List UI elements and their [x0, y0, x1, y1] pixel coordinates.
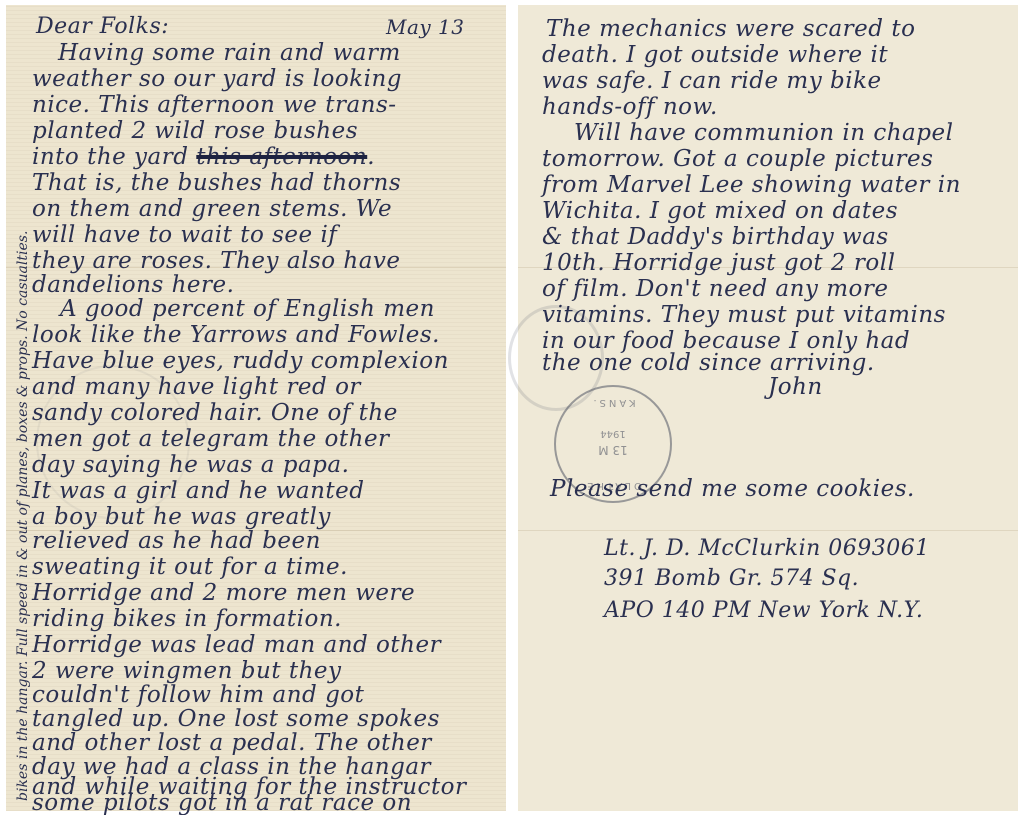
- signature: John: [768, 373, 823, 401]
- struck-out-text: this afternoon: [196, 144, 367, 170]
- salutation: Dear Folks:: [36, 13, 169, 41]
- letter-line: the one cold since arriving.: [542, 349, 875, 377]
- address-line: 391 Bomb Gr. 574 Sq.: [604, 565, 859, 593]
- letter-line: riding bikes in formation.: [32, 605, 342, 633]
- letter-line: That is, the bushes had thorns: [32, 169, 401, 197]
- letter-line: will have to wait to see if: [32, 221, 337, 249]
- fold-line: [518, 530, 1018, 531]
- letter-line: vitamins. They must put vitamins: [542, 301, 946, 329]
- address-line: Lt. J. D. McClurkin 0693061: [604, 535, 930, 563]
- address-line: APO 140 PM New York N.Y.: [604, 597, 923, 625]
- letter-line: death. I got outside where it: [542, 41, 888, 69]
- letter-line: Having some rain and warm: [58, 39, 401, 67]
- postmark-year: 1944: [556, 428, 670, 439]
- letter-line: Have blue eyes, ruddy complexion: [32, 347, 449, 375]
- letter-line: planted 2 wild rose bushes: [32, 117, 358, 145]
- letter-line: 10th. Horridge just got 2 roll: [542, 249, 896, 277]
- letter-line: Horridge was lead man and other: [32, 631, 441, 659]
- letter-line: of film. Don't need any more: [542, 275, 888, 303]
- letter-line: into the yard this afternoon.: [32, 143, 375, 171]
- letter-line: weather so our yard is looking: [32, 65, 402, 93]
- letter-line: tomorrow. Got a couple pictures: [542, 145, 933, 173]
- margin-note-vertical: bikes in the hangar. Full speed in & out…: [12, 1, 34, 801]
- letter-line: & that Daddy's birthday was: [542, 223, 889, 251]
- letter-line: A good percent of English men: [60, 295, 435, 323]
- letter-line: men got a telegram the other: [32, 425, 390, 453]
- letter-line: sandy colored hair. One of the: [32, 399, 398, 427]
- postmark-state: KANS.: [556, 397, 670, 408]
- letter-line: hands-off now.: [542, 93, 718, 121]
- letter-line: from Marvel Lee showing water in: [542, 171, 961, 199]
- letter-line: The mechanics were scared to: [546, 15, 915, 43]
- letter-line: Will have communion in chapel: [574, 119, 953, 147]
- letter-page-left: Dear Folks: May 13 Having some rain and …: [6, 5, 506, 811]
- letter-line: relieved as he had been: [32, 527, 321, 555]
- letter-line: on them and green stems. We: [32, 195, 392, 223]
- letter-line: day saying he was a papa.: [32, 451, 349, 479]
- letter-line: nice. This afternoon we trans-: [32, 91, 397, 119]
- letter-line: look like the Yarrows and Fowles.: [32, 321, 440, 349]
- letter-line: Horridge and 2 more men were: [32, 579, 415, 607]
- letter-line: It was a girl and he wanted: [32, 477, 365, 505]
- letter-date: May 13: [386, 13, 465, 41]
- letter-line: sweating it out for a time.: [32, 553, 348, 581]
- struck-suffix: .: [367, 144, 375, 170]
- letter-line: and many have light red or: [32, 373, 361, 401]
- letter-line-text: into the yard: [32, 144, 188, 170]
- postmark-date: 13 M: [556, 443, 670, 457]
- letter-line: Wichita. I got mixed on dates: [542, 197, 898, 225]
- letter-line: was safe. I can ride my bike: [542, 67, 882, 95]
- letter-page-right: The mechanics were scared to death. I go…: [518, 5, 1018, 811]
- letter-line: some pilots got in a rat race on: [32, 789, 412, 815]
- postscript: Please send me some cookies.: [550, 475, 915, 503]
